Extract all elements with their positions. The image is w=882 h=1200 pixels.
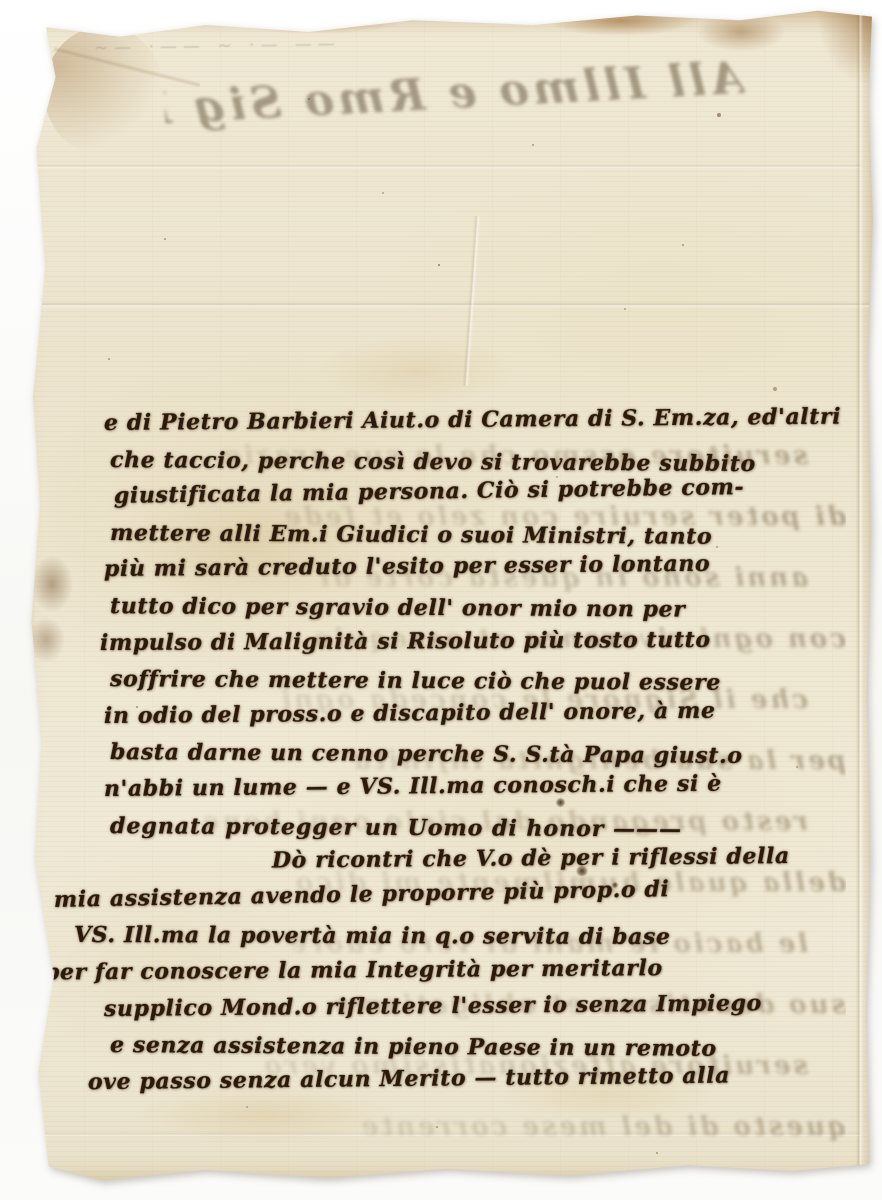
handwritten-line: in odio del pross.o e discapito dell' on… — [104, 696, 846, 739]
letter-text-block: e di Pietro Barbieri Aiut.o di Camera di… — [104, 410, 846, 1105]
scan-background: ~— ·—— ~ ·— —— All Illmo e Rmo Sig Pron … — [0, 0, 882, 1200]
ink-blot — [576, 866, 588, 876]
handwritten-line: ove passo senza alcun Merito — tutto rim… — [88, 1061, 830, 1105]
handwritten-line: e di Pietro Barbieri Aiut.o di Camera di… — [104, 404, 846, 447]
fly-specks — [16, 6, 18, 8]
paper-shadow-wrap: ~— ·—— ~ ·— —— All Illmo e Rmo Sig Pron … — [0, 0, 882, 1200]
handwritten-line: impulso di Malignità si Risoluto più tos… — [100, 626, 842, 666]
handwritten-line: n'abbi un lume — e VS. Ill.ma conosch.i … — [104, 769, 846, 812]
handwritten-line: per far conoscere la mia Integrità per m… — [44, 954, 786, 996]
stain-left-edge — [16, 6, 36, 1190]
handwritten-line: supplico Mond.o riflettere l'esser io se… — [104, 989, 846, 1032]
ink-blot — [556, 798, 565, 807]
ink-blot — [612, 882, 618, 888]
manuscript-page: ~— ·—— ~ ·— —— All Illmo e Rmo Sig Pron … — [16, 6, 878, 1190]
bleedthrough-line: questo di del mese corrente — [36, 1097, 846, 1156]
handwritten-line: più mi sarà creduto l'esito per esser io… — [104, 550, 846, 593]
